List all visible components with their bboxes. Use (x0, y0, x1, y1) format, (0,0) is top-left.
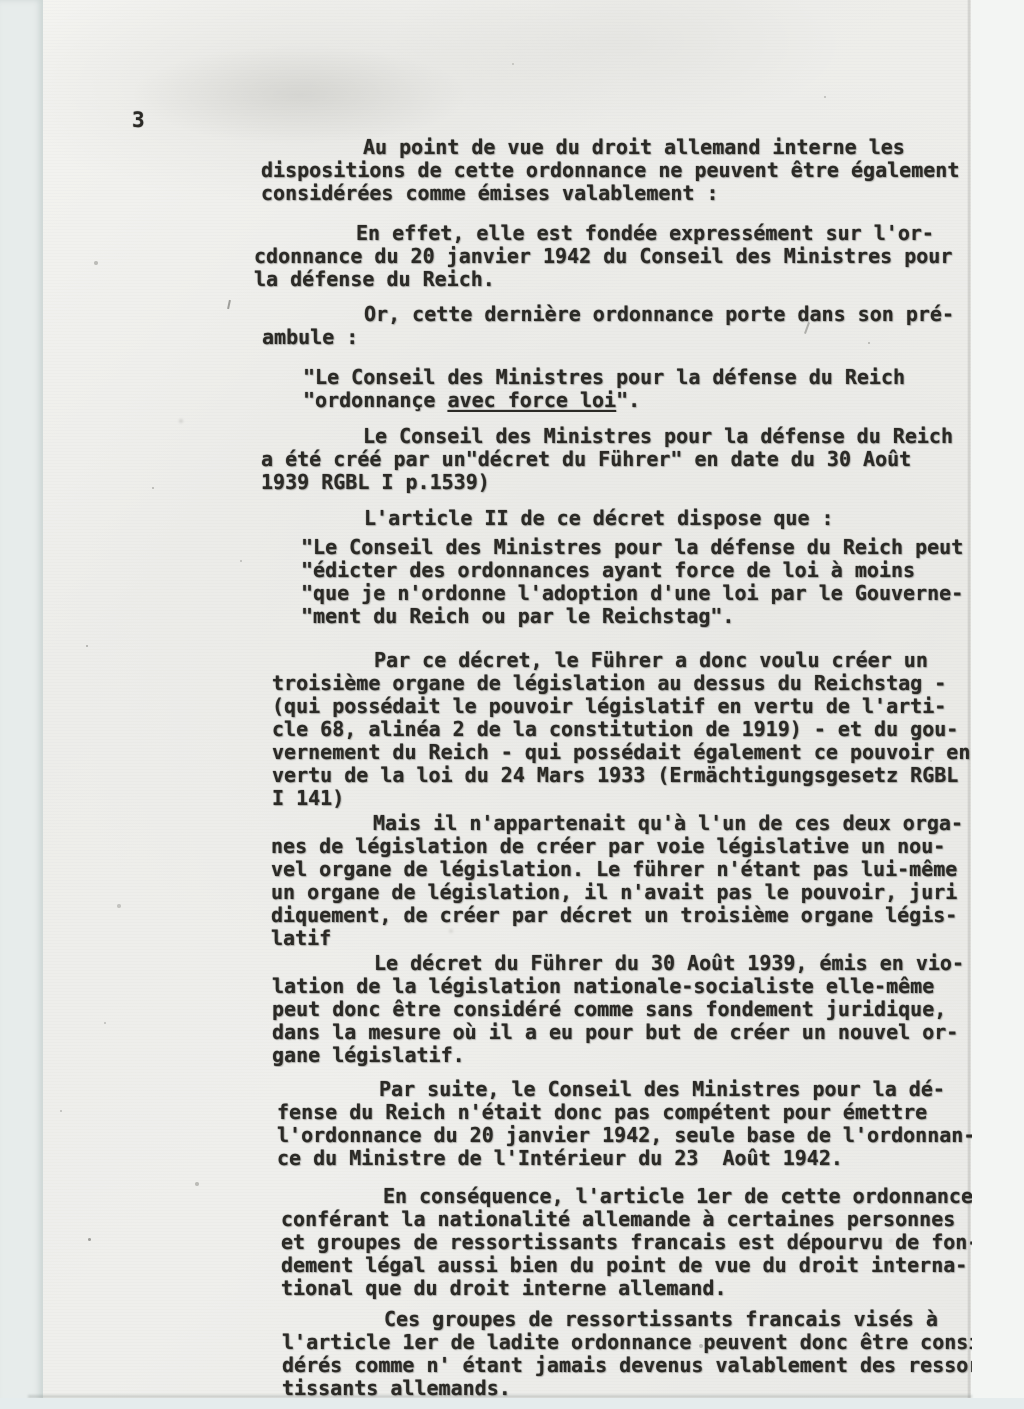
text-line: "édicter des ordonnances ayant force de … (301, 559, 972, 582)
text-line: Au point de vue du droit allemand intern… (363, 136, 972, 159)
text-line: dans la mesure où il a eu pour but de cr… (272, 1021, 972, 1044)
text-line: Le Conseil des Ministres pour la défense… (363, 425, 972, 448)
text-line: dérés comme n' étant jamais devenus vala… (282, 1354, 972, 1377)
text-line: tional que du droit interne allemand. (281, 1277, 972, 1300)
text-line: lation de la législation nationale-socia… (272, 975, 972, 998)
text-line: tissants allemands. (282, 1377, 972, 1400)
text-line: nes de législation de créer par voie lég… (271, 835, 972, 858)
text-line: un organe de législation, il n'avait pas… (271, 881, 972, 904)
paragraph: En conséquence, l'article 1er de cette o… (281, 1185, 972, 1300)
text-line: peut donc être considéré comme sans fond… (272, 998, 972, 1021)
scan-left-margin-strip (0, 0, 43, 1409)
text-line: Or, cette dernière ordonnance porte dans… (364, 303, 972, 326)
text-line: la défense du Reich. (254, 268, 972, 291)
paragraph: L'article II de ce décret dispose que : (262, 507, 972, 530)
text-line: troisième organe de législation au dessu… (272, 672, 972, 695)
text-line: Mais il n'appartenait qu'à l'un de ces d… (373, 812, 972, 835)
text-line: Ces groupes de ressortissants francais v… (384, 1308, 972, 1331)
text-line: ce du Ministre de l'Intérieur du 23 Août… (277, 1147, 972, 1170)
scan-noise-speckles (0, 0, 2, 2)
paragraph: Par ce décret, le Führer a donc voulu cr… (272, 649, 972, 810)
text-line: vernement du Reich - qui possédait égale… (272, 741, 972, 764)
text-line: "que je n'ordonne l'adoption d'une loi p… (301, 582, 972, 605)
text-segment: "ordonnançe (303, 388, 448, 412)
text-line: cle 68, alinéa 2 de la constitution de 1… (272, 718, 972, 741)
paragraph: Au point de vue du droit allemand intern… (261, 136, 972, 205)
paragraph: Or, cette dernière ordonnance porte dans… (262, 303, 972, 349)
text-line: "ment du Reich ou par le Reichstag". (301, 605, 972, 628)
text-line: et groupes de ressortissants francais es… (281, 1231, 972, 1254)
text-line: "Le Conseil des Ministres pour la défens… (303, 366, 972, 389)
text-line: I 141) (272, 787, 972, 810)
text-segment: ". (616, 388, 640, 412)
text-line: En effet, elle est fondée expressément s… (356, 222, 972, 245)
paragraph: Le Conseil des Ministres pour la défense… (261, 425, 972, 494)
quote-paragraph: "Le Conseil des Ministres pour la défens… (301, 536, 972, 628)
text-line: latif (271, 927, 972, 950)
text-line: vertu de la loi du 24 Mars 1933 (Ermächt… (272, 764, 972, 787)
text-line: En conséquence, l'article 1er de cette o… (383, 1185, 972, 1208)
text-line: 1939 RGBL I p.1539) (261, 471, 972, 494)
text-line: L'article II de ce décret dispose que : (364, 507, 972, 530)
text-line: Par suite, le Conseil des Ministres pour… (379, 1078, 972, 1101)
scanned-document-page: 3 Au point de vue du droit allemand inte… (0, 0, 1024, 1409)
text-line: cdonnance du 20 janvier 1942 du Conseil … (254, 245, 972, 268)
text-line: (qui possédait le pouvoir législatif en … (272, 695, 972, 718)
text-line: Le décret du Führer du 30 Août 1939, émi… (374, 952, 972, 975)
page-number: 3 (132, 108, 145, 132)
quote-paragraph: "Le Conseil des Ministres pour la défens… (303, 366, 972, 412)
underlined-text: avec force loi (448, 388, 617, 412)
text-line: "Le Conseil des Ministres pour la défens… (301, 536, 972, 559)
text-line: dement légal aussi bien du point de vue … (281, 1254, 972, 1277)
text-line: fense du Reich n'était donc pas compéten… (277, 1101, 972, 1124)
text-line: a été créé par un"décret du Führer" en d… (261, 448, 972, 471)
paragraph: En effet, elle est fondée expressément s… (254, 222, 972, 291)
text-line: l'ordonnance du 20 janvier 1942, seule b… (277, 1124, 972, 1147)
paragraph: Par suite, le Conseil des Ministres pour… (277, 1078, 972, 1170)
paragraph: Mais il n'appartenait qu'à l'un de ces d… (271, 812, 972, 950)
text-line: Par ce décret, le Führer a donc voulu cr… (374, 649, 972, 672)
text-line: considérées comme émises valablement : (261, 182, 972, 205)
paragraph: Ces groupes de ressortissants francais v… (282, 1308, 972, 1400)
text-line: dispositions de cette ordonnance ne peuv… (261, 159, 972, 182)
text-line: gane législatif. (272, 1044, 972, 1067)
text-line: diquement, de créer par décret un troisi… (271, 904, 972, 927)
paragraph: Le décret du Führer du 30 Août 1939, émi… (272, 952, 972, 1067)
text-line: l'article 1er de ladite ordonnance peuve… (282, 1331, 972, 1354)
scan-right-margin-strip (971, 0, 1024, 1409)
text-line: conférant la nationalité allemande à cer… (281, 1208, 972, 1231)
text-line: "ordonnançe avec force loi". (303, 389, 972, 412)
text-line: vel organe de législation. Le führer n'é… (271, 858, 972, 881)
scan-artifact-mark (88, 1238, 91, 1241)
text-line: ambule : (262, 326, 972, 349)
